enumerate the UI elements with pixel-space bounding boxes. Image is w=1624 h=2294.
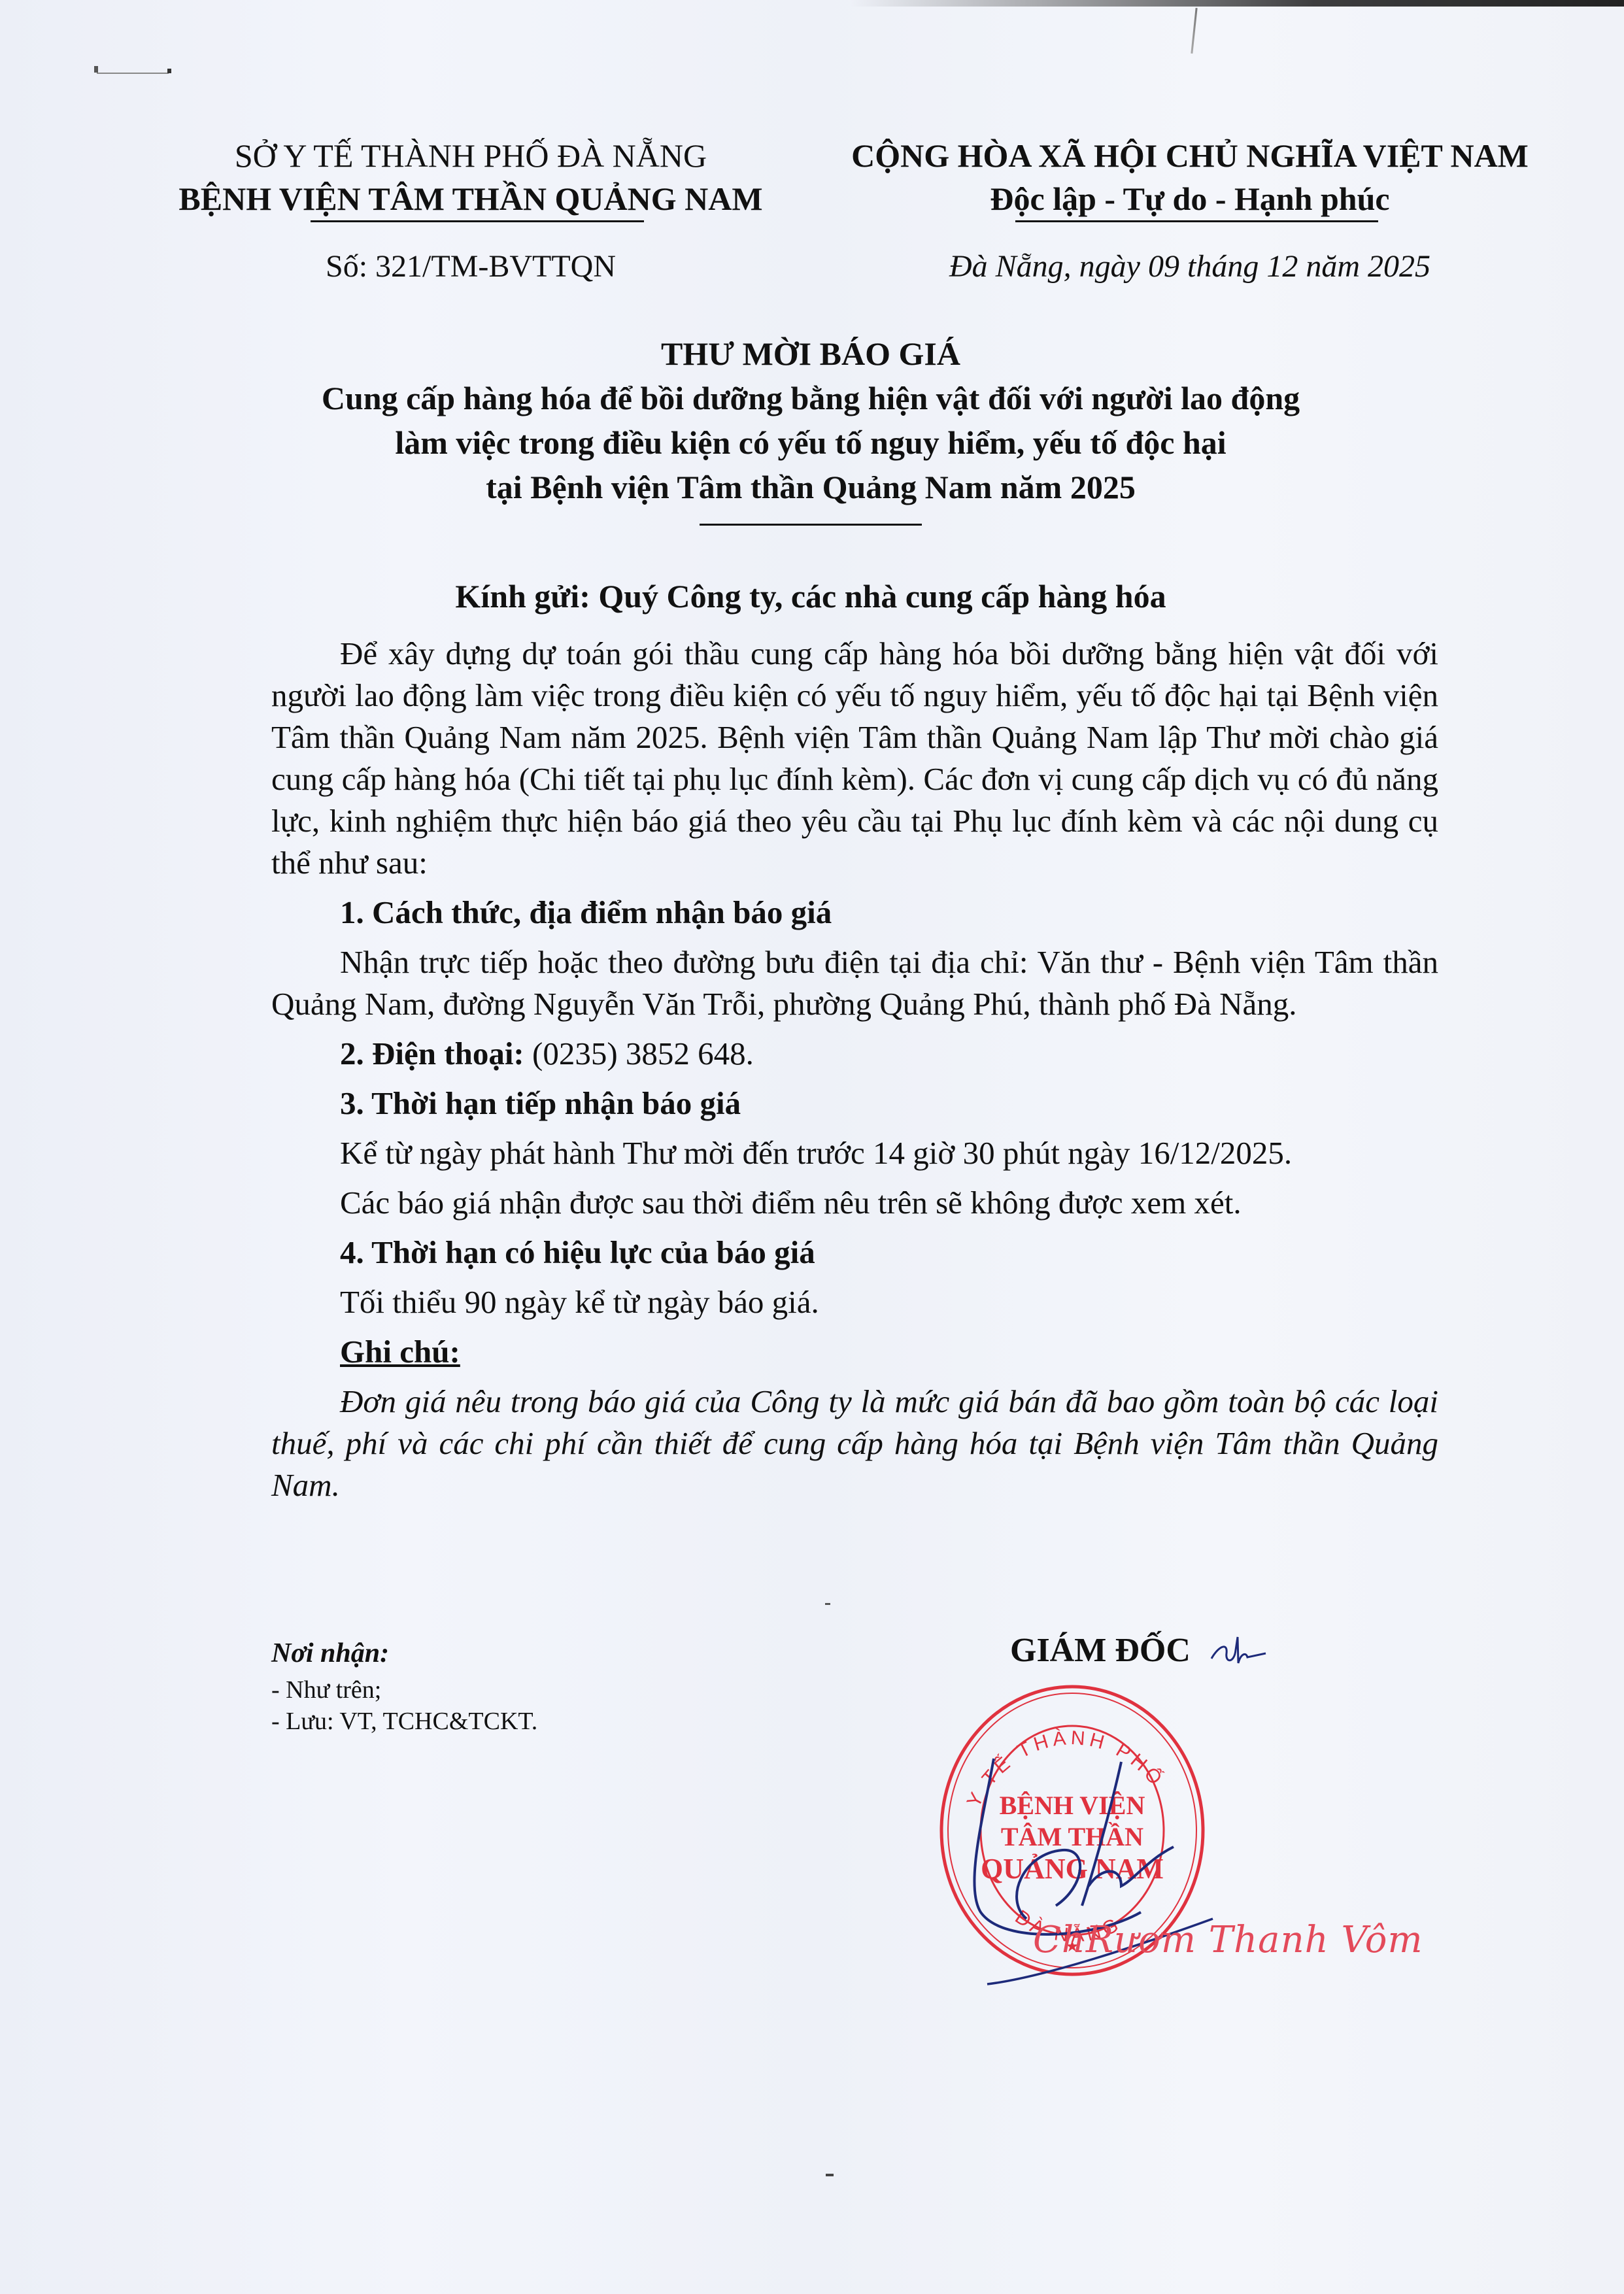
parent-agency: SỞ Y TẾ THÀNH PHỐ ĐÀ NẴNG — [177, 134, 765, 177]
svg-text:BỆNH VIỆN: BỆNH VIỆN — [1000, 1791, 1145, 1820]
recipient-item: - Như trên; — [271, 1674, 729, 1706]
issuing-agency: SỞ Y TẾ THÀNH PHỐ ĐÀ NẴNG BỆNH VIỆN TÂM … — [177, 134, 765, 222]
initial-signature-icon — [1208, 1634, 1267, 1673]
recipients-label: Nơi nhận: — [271, 1638, 729, 1669]
document-title: THƯ MỜI BÁO GIÁ Cung cấp hàng hóa để bồi… — [196, 331, 1425, 526]
section-heading: 4. Thời hạn có hiệu lực của báo giá — [271, 1232, 1438, 1274]
phone-number: (0235) 3852 648. — [524, 1036, 754, 1071]
scan-mark — [1191, 8, 1197, 54]
title-sub: Cung cấp hàng hóa để bồi dưỡng bằng hiện… — [196, 376, 1425, 420]
title-sub: làm việc trong điều kiện có yếu tố nguy … — [196, 420, 1425, 465]
divider — [1015, 220, 1378, 222]
title-sub: tại Bệnh viện Tâm thần Quảng Nam năm 202… — [196, 465, 1425, 509]
recipient-item: - Lưu: VT, TCHC&TCKT. — [271, 1706, 729, 1737]
intro-paragraph: Để xây dựng dự toán gói thầu cung cấp hà… — [271, 633, 1438, 884]
divider — [311, 220, 644, 222]
scan-speck — [826, 2174, 834, 2176]
signatory-name: ChRươm Thanh Vôm — [1033, 1919, 1423, 1961]
signatory-title-text: GIÁM ĐỐC — [1010, 1632, 1191, 1669]
scan-speck — [825, 1603, 830, 1605]
section-heading: 2. Điện thoại: — [340, 1036, 524, 1071]
section-paragraph: Kể từ ngày phát hành Thư mời đến trước 1… — [271, 1132, 1438, 1174]
scanned-page: SỞ Y TẾ THÀNH PHỐ ĐÀ NẴNG BỆNH VIỆN TÂM … — [0, 0, 1624, 2294]
motto: Độc lập - Tự do - Hạnh phúc — [817, 177, 1563, 220]
divider — [700, 524, 922, 526]
country-name: CỘNG HÒA XÃ HỘI CHỦ NGHĨA VIỆT NAM — [817, 134, 1563, 177]
letter-body: Để xây dựng dự toán gói thầu cung cấp hà… — [271, 633, 1438, 1506]
note-text: Đơn giá nêu trong báo giá của Công ty là… — [271, 1381, 1438, 1506]
svg-text:TÂM THẦN: TÂM THẦN — [1001, 1822, 1143, 1851]
salutation: Kính gửi: Quý Công ty, các nhà cung cấp … — [196, 577, 1425, 615]
document-number: Số: 321/TM-BVTTQN — [177, 248, 765, 284]
note-heading: Ghi chú: — [271, 1331, 1438, 1373]
section-heading: 3. Thời hạn tiếp nhận báo giá — [271, 1083, 1438, 1124]
scan-edge-shadow — [850, 0, 1624, 7]
document-date: Đà Nẵng, ngày 09 tháng 12 năm 2025 — [817, 248, 1563, 284]
section-paragraph: Tối thiểu 90 ngày kể từ ngày báo giá. — [271, 1281, 1438, 1323]
phone-line: 2. Điện thoại: (0235) 3852 648. — [271, 1033, 1438, 1075]
signatory-title: GIÁM ĐỐC — [1010, 1631, 1267, 1673]
scan-mark — [97, 70, 169, 74]
section-paragraph: Các báo giá nhận được sau thời điểm nêu … — [271, 1182, 1438, 1224]
national-motto: CỘNG HÒA XÃ HỘI CHỦ NGHĨA VIỆT NAM Độc l… — [817, 134, 1563, 222]
recipients-block: Nơi nhận: - Như trên; - Lưu: VT, TCHC&TC… — [271, 1638, 729, 1737]
organization-name: BỆNH VIỆN TÂM THẦN QUẢNG NAM — [177, 177, 765, 220]
title-main: THƯ MỜI BÁO GIÁ — [196, 331, 1425, 376]
svg-text:QUẢNG NAM: QUẢNG NAM — [981, 1853, 1164, 1885]
section-paragraph: Nhận trực tiếp hoặc theo đường bưu điện … — [271, 941, 1438, 1025]
section-heading: 1. Cách thức, địa điểm nhận báo giá — [271, 892, 1438, 934]
